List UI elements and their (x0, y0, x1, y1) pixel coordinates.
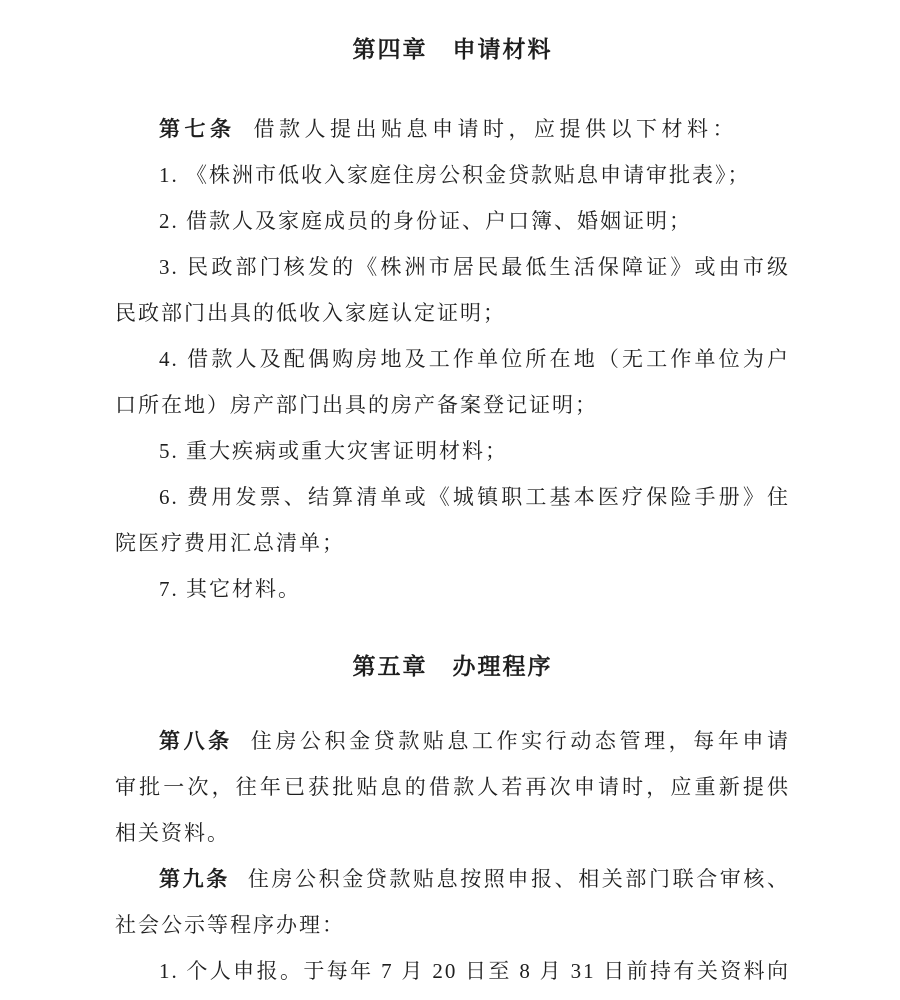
page-content: 第四章 申请材料 第七条借款人提出贴息申请时，应提供以下材料： 1. 《株洲市低… (115, 0, 790, 994)
article-8-number: 第八条 (159, 729, 233, 753)
article-8-line-2: 审批一次，往年已获批贴息的借款人若再次申请时，应重新提供 (115, 764, 790, 810)
article-9-line-1: 第九条住房公积金贷款贴息按照申报、相关部门联合审核、 (115, 856, 790, 902)
material-item-1: 1. 《株洲市低收入家庭住房公积金贷款贴息申请审批表》； (115, 152, 790, 198)
material-item-2: 2. 借款人及家庭成员的身份证、户口簿、婚姻证明； (115, 198, 790, 244)
article-8: 第八条住房公积金贷款贴息工作实行动态管理，每年申请 审批一次，往年已获批贴息的借… (115, 718, 790, 856)
article-7-line-1: 第七条借款人提出贴息申请时，应提供以下材料： (115, 106, 790, 152)
article-9-line-2: 社会公示等程序办理： (115, 902, 790, 948)
article-8-line-1: 第八条住房公积金贷款贴息工作实行动态管理，每年申请 (115, 718, 790, 764)
material-item-6-line-2: 院医疗费用汇总清单； (115, 520, 790, 566)
material-item-2-line-1: 2. 借款人及家庭成员的身份证、户口簿、婚姻证明； (115, 198, 790, 244)
material-item-6-line-1: 6. 费用发票、结算清单或《城镇职工基本医疗保险手册》住 (115, 474, 790, 520)
article-7-number: 第七条 (159, 117, 236, 141)
material-item-7-line-1: 7. 其它材料。 (115, 566, 790, 612)
article-8-line-3: 相关资料。 (115, 810, 790, 856)
material-item-3-line-1: 3. 民政部门核发的《株洲市居民最低生活保障证》或由市级 (115, 244, 790, 290)
article-8-text: 住房公积金贷款贴息工作实行动态管理，每年申请 (251, 729, 790, 753)
article-9: 第九条住房公积金贷款贴息按照申报、相关部门联合审核、 社会公示等程序办理： (115, 856, 790, 948)
article-7-text: 借款人提出贴息申请时，应提供以下材料： (254, 117, 739, 141)
chapter-5-heading: 第五章 办理程序 (115, 651, 790, 681)
document-page: 第四章 申请材料 第七条借款人提出贴息申请时，应提供以下材料： 1. 《株洲市低… (0, 0, 900, 1000)
procedure-step-1-line-1: 1. 个人申报。于每年 7 月 20 日至 8 月 31 日前持有关资料向 (115, 948, 790, 994)
article-9-text: 住房公积金贷款贴息按照申报、相关部门联合审核、 (248, 867, 790, 891)
material-item-4-line-2: 口所在地）房产部门出具的房产备案登记证明； (115, 382, 790, 428)
article-9-number: 第九条 (159, 867, 230, 891)
material-item-6: 6. 费用发票、结算清单或《城镇职工基本医疗保险手册》住 院医疗费用汇总清单； (115, 474, 790, 566)
chapter-4-heading: 第四章 申请材料 (115, 34, 790, 64)
material-item-3: 3. 民政部门核发的《株洲市居民最低生活保障证》或由市级 民政部门出具的低收入家… (115, 244, 790, 336)
material-item-3-line-2: 民政部门出具的低收入家庭认定证明； (115, 290, 790, 336)
material-item-7: 7. 其它材料。 (115, 566, 790, 612)
procedure-step-1: 1. 个人申报。于每年 7 月 20 日至 8 月 31 日前持有关资料向 (115, 948, 790, 994)
article-7: 第七条借款人提出贴息申请时，应提供以下材料： (115, 106, 790, 152)
material-item-4-line-1: 4. 借款人及配偶购房地及工作单位所在地（无工作单位为户 (115, 336, 790, 382)
material-item-1-line-1: 1. 《株洲市低收入家庭住房公积金贷款贴息申请审批表》； (115, 152, 790, 198)
material-item-5: 5. 重大疾病或重大灾害证明材料； (115, 428, 790, 474)
material-item-5-line-1: 5. 重大疾病或重大灾害证明材料； (115, 428, 790, 474)
material-item-4: 4. 借款人及配偶购房地及工作单位所在地（无工作单位为户 口所在地）房产部门出具… (115, 336, 790, 428)
